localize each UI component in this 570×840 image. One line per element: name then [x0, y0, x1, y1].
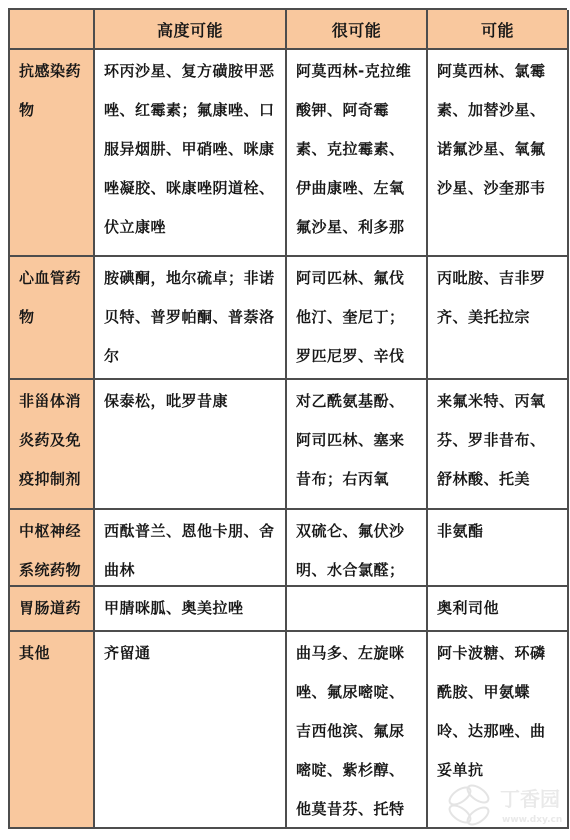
- cell-other-possible: 阿卡波糖、环磷酰胺、甲氨蝶呤、达那唑、曲妥单抗: [428, 632, 569, 829]
- cell-gi-possible: 奥利司他: [428, 587, 569, 632]
- cell-anti-infective-likely: 阿莫西林-克拉维酸钾、阿奇霉素、克拉霉素、伊曲康唑、左氧氟沙星、利多那韦、四环素: [287, 50, 428, 257]
- header-highly-probable: 高度可能: [95, 10, 287, 50]
- drug-probability-table: 高度可能 很可能 可能 抗感染药物 环丙沙星、复方磺胺甲恶唑、红霉素；氟康唑、口…: [8, 8, 567, 829]
- header-probable: 很可能: [287, 10, 428, 50]
- cell-nsaid-high: 保泰松，吡罗昔康: [95, 380, 287, 510]
- cell-cardiovascular-high: 胺碘酮，地尔硫卓；非诺贝特、普罗帕酮、普萘洛尔: [95, 257, 287, 380]
- category-gastrointestinal: 胃肠道药物: [10, 587, 95, 632]
- cell-cns-possible: 非氨酯: [428, 510, 569, 587]
- category-nsaid-immunosuppressant: 非甾体消炎药及免疫抑制剂: [10, 380, 95, 510]
- cell-nsaid-likely: 对乙酰氨基酚、阿司匹林、塞来昔布；右丙氧吩、干扰素: [287, 380, 428, 510]
- cell-cardiovascular-possible: 丙吡胺、吉非罗齐、美托拉宗: [428, 257, 569, 380]
- header-corner-cell: [10, 10, 95, 50]
- cell-cns-likely: 双硫仑、氟伏沙明、水合氯醛；苯妥英: [287, 510, 428, 587]
- cell-cns-high: 西酞普兰、恩他卡朋、舍曲林: [95, 510, 287, 587]
- category-other: 其他: [10, 632, 95, 829]
- category-cardiovascular: 心血管药物: [10, 257, 95, 380]
- cell-other-likely: 曲马多、左旋咪唑、氟尿嘧啶、吉西他滨、氟尿嘧啶、紫杉醇、他莫昔芬、托特罗定: [287, 632, 428, 829]
- cell-nsaid-possible: 来氟米特、丙氧芬、罗非昔布、舒林酸、托美汀、外用水杨酸: [428, 380, 569, 510]
- header-possible: 可能: [428, 10, 569, 50]
- cell-other-high: 齐留通: [95, 632, 287, 829]
- category-cns: 中枢神经系统药物: [10, 510, 95, 587]
- cell-gi-high: 甲腈咪胍、奥美拉唑: [95, 587, 287, 632]
- cell-anti-infective-possible: 阿莫西林、氯霉素、加替沙星、诺氟沙星、氧氟沙星、沙奎那韦: [428, 50, 569, 257]
- cell-gi-likely: [287, 587, 428, 632]
- cell-cardiovascular-likely: 阿司匹林、氟伐他汀、奎尼丁；罗匹尼罗、辛伐他汀: [287, 257, 428, 380]
- cell-anti-infective-high: 环丙沙星、复方磺胺甲恶唑、红霉素；氟康唑、口服异烟肼、甲硝唑、咪康唑凝胶、咪康唑…: [95, 50, 287, 257]
- category-anti-infective: 抗感染药物: [10, 50, 95, 257]
